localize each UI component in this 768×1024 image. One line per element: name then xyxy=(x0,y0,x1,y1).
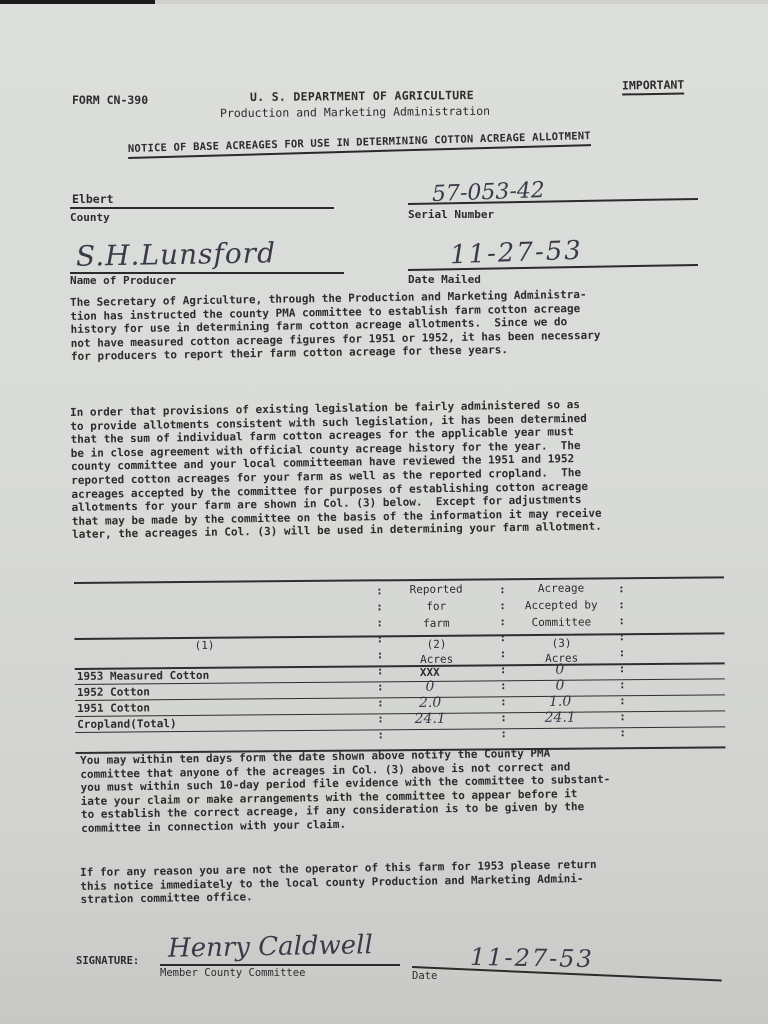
signature-label: SIGNATURE: xyxy=(76,955,139,967)
signature-line xyxy=(160,964,400,966)
column-1-number: (1) xyxy=(175,639,235,653)
date-mailed-value: 11-27-53 xyxy=(450,236,584,271)
signature-value: Henry Caldwell xyxy=(168,930,373,964)
county-line xyxy=(70,207,334,209)
column-2-header: Reported for farm xyxy=(386,580,486,632)
row-label: 1953 Measured Cotton xyxy=(77,669,210,683)
signer-role: Member County Committee xyxy=(160,967,305,979)
column-3-header-line: Accepted by xyxy=(506,596,616,614)
county-value: Elbert xyxy=(72,192,114,206)
column-2-header-line: for xyxy=(386,597,486,615)
column-3-number-text: (3) xyxy=(506,635,616,651)
row-reported-value: 0 xyxy=(395,679,465,696)
row-label: 1952 Cotton xyxy=(77,685,150,699)
row-accepted-value: 1.0 xyxy=(520,693,600,710)
column-3-header-line: Committee xyxy=(506,613,616,631)
column-3-header-line: Acreage xyxy=(506,579,616,597)
department-name: U. S. DEPARTMENT OF AGRICULTURE xyxy=(250,88,474,104)
row-label: 1951 Cotton xyxy=(77,701,150,715)
column-separator: :::::::::: xyxy=(618,581,626,741)
row-label: Cropland(Total) xyxy=(77,717,176,731)
signature-date-label: Date xyxy=(412,970,437,982)
date-mailed-label: Date Mailed xyxy=(408,273,481,286)
row-reported-value: 24.1 xyxy=(395,711,465,728)
paragraph-return-notice: If for any reason you are not the operat… xyxy=(80,855,761,906)
producer-label: Name of Producer xyxy=(70,274,176,287)
county-label: County xyxy=(70,211,110,224)
document-page: FORM CN-390 U. S. DEPARTMENT OF AGRICULT… xyxy=(0,4,768,1024)
column-3-header: Acreage Accepted by Committee xyxy=(506,579,616,631)
row-accepted-value: 24.1 xyxy=(520,709,600,726)
producer-name-value: S.H.Lunsford xyxy=(76,236,277,272)
column-2-number-text: (2) xyxy=(386,636,486,652)
row-reported-value: 2.0 xyxy=(395,695,465,712)
paragraph-determination: In order that provisions of existing leg… xyxy=(70,395,752,542)
row-accepted-value: 0 xyxy=(520,677,600,694)
column-2-number: (2) Acres xyxy=(386,636,486,667)
paragraph-appeal: You may within ten days form the date sh… xyxy=(80,743,761,835)
column-2-header-line: farm xyxy=(386,614,486,632)
notice-title: NOTICE OF BASE ACREAGES FOR USE IN DETER… xyxy=(128,130,591,159)
row-accepted-value: 0 xyxy=(520,661,600,678)
form-id: FORM CN-390 xyxy=(72,93,148,107)
column-separator: :::::::::: xyxy=(376,583,384,743)
row-reported-value: XXX xyxy=(395,666,465,680)
acreage-table: :::::::::: :::::::::: :::::::::: (1) Rep… xyxy=(74,576,726,762)
administration-name: Production and Marketing Administration xyxy=(220,104,490,120)
column-2-header-line: Reported xyxy=(386,580,486,598)
important-label: IMPORTANT xyxy=(622,77,685,95)
serial-number-label: Serial Number xyxy=(408,208,494,221)
paragraph-intro: The Secretary of Agriculture, through th… xyxy=(70,285,751,364)
